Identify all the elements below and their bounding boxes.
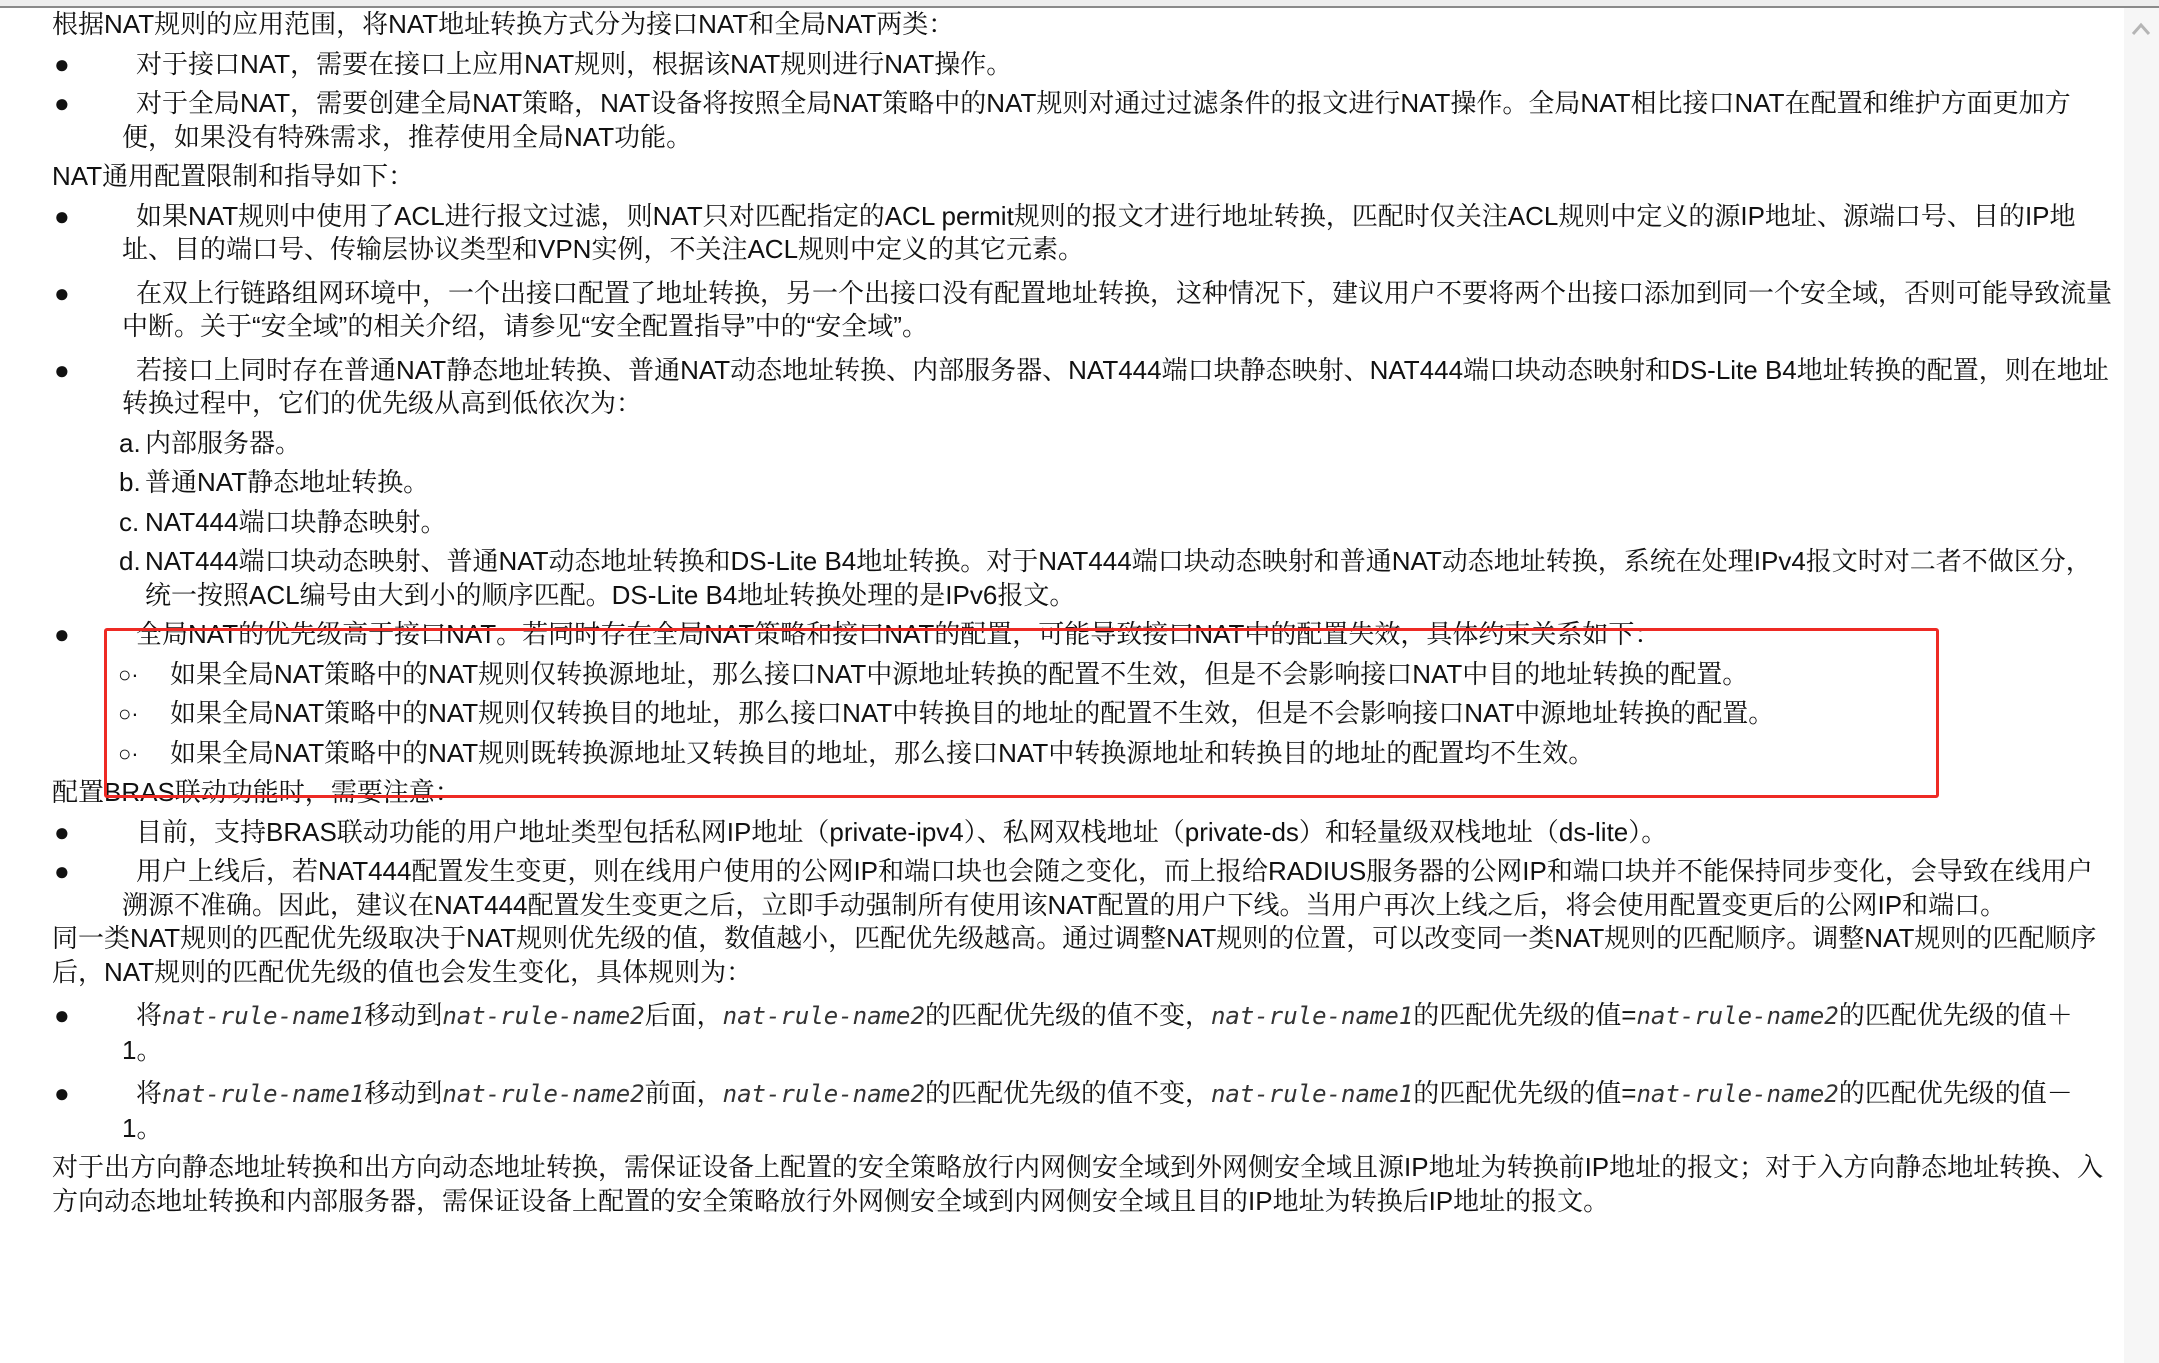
document-body: 根据NAT规则的应用范围，将NAT地址转换方式分为接口NAT和全局NAT两类： … <box>52 8 2112 1218</box>
hollow-bullet-icon: ○· <box>118 697 139 731</box>
bullet-icon: ● <box>54 618 74 652</box>
sub-list-item: ○· 如果全局NAT策略中的NAT规则仅转换目的地址，那么接口NAT中转换目的地… <box>52 697 2112 731</box>
bullet-icon: ● <box>54 87 74 121</box>
list-item: ● 在双上行链路组网环境中，一个出接口配置了地址转换，另一个出接口没有配置地址转… <box>52 277 2112 344</box>
list-item: ● 对于全局NAT，需要创建全局NAT策略，NAT设备将按照全局NAT策略中的N… <box>52 87 2112 154</box>
bullet-icon: ● <box>54 999 74 1033</box>
priority-item: a.内部服务器。 <box>52 427 2112 461</box>
priority-item: c.NAT444端口块静态映射。 <box>52 506 2112 540</box>
general-heading: NAT通用配置限制和指导如下： <box>52 160 2112 194</box>
bullet-icon: ● <box>54 816 74 850</box>
rule-priority-paragraph: 同一类NAT规则的匹配优先级取决于NAT规则优先级的值，数值越小，匹配优先级越高… <box>52 922 2112 989</box>
list-item: ● 目前，支持BRAS联动功能的用户地址类型包括私网IP地址（private-i… <box>52 816 2112 850</box>
list-item: ● 将nat-rule-name1移动到nat-rule-name2前面，nat… <box>52 1077 2112 1145</box>
sub-list-item: ○· 如果全局NAT策略中的NAT规则既转换源地址又转换目的地址，那么接口NAT… <box>52 737 2112 771</box>
vertical-scrollbar[interactable] <box>2124 8 2159 1363</box>
window-top-border <box>0 0 2159 8</box>
bullet-icon: ● <box>54 855 74 889</box>
scroll-up-arrow-icon[interactable] <box>2131 22 2151 36</box>
bullet-icon: ● <box>54 277 74 311</box>
highlighted-list-item: ● 全局NAT的优先级高于接口NAT。若同时存在全局NAT策略和接口NAT的配置… <box>52 618 2112 652</box>
priority-item: d. NAT444端口块动态映射、普通NAT动态地址转换和DS-Lite B4地… <box>52 545 2112 612</box>
bras-heading: 配置BRAS联动功能时，需要注意： <box>52 776 2112 810</box>
hollow-bullet-icon: ○· <box>118 658 139 692</box>
list-item: ● 用户上线后，若NAT444配置发生变更，则在线用户使用的公网IP和端口块也会… <box>52 855 2112 922</box>
priority-item: b.普通NAT静态地址转换。 <box>52 466 2112 500</box>
bullet-icon: ● <box>54 48 74 82</box>
list-item: ● 对于接口NAT，需要在接口上应用NAT规则，根据该NAT规则进行NAT操作。 <box>52 48 2112 82</box>
bullet-icon: ● <box>54 200 74 234</box>
hollow-bullet-icon: ○· <box>118 737 139 771</box>
intro-paragraph: 根据NAT规则的应用范围，将NAT地址转换方式分为接口NAT和全局NAT两类： <box>52 8 2112 42</box>
bullet-icon: ● <box>54 1077 74 1111</box>
bullet-icon: ● <box>54 354 74 388</box>
security-policy-paragraph: 对于出方向静态地址转换和出方向动态地址转换，需保证设备上配置的安全策略放行内网侧… <box>52 1151 2112 1218</box>
list-item: ● 如果NAT规则中使用了ACL进行报文过滤，则NAT只对匹配指定的ACL pe… <box>52 200 2112 267</box>
sub-list-item: ○· 如果全局NAT策略中的NAT规则仅转换源地址，那么接口NAT中源地址转换的… <box>52 658 2112 692</box>
list-item: ● 若接口上同时存在普通NAT静态地址转换、普通NAT动态地址转换、内部服务器、… <box>52 354 2112 421</box>
list-item: ● 将nat-rule-name1移动到nat-rule-name2后面，nat… <box>52 999 2112 1067</box>
